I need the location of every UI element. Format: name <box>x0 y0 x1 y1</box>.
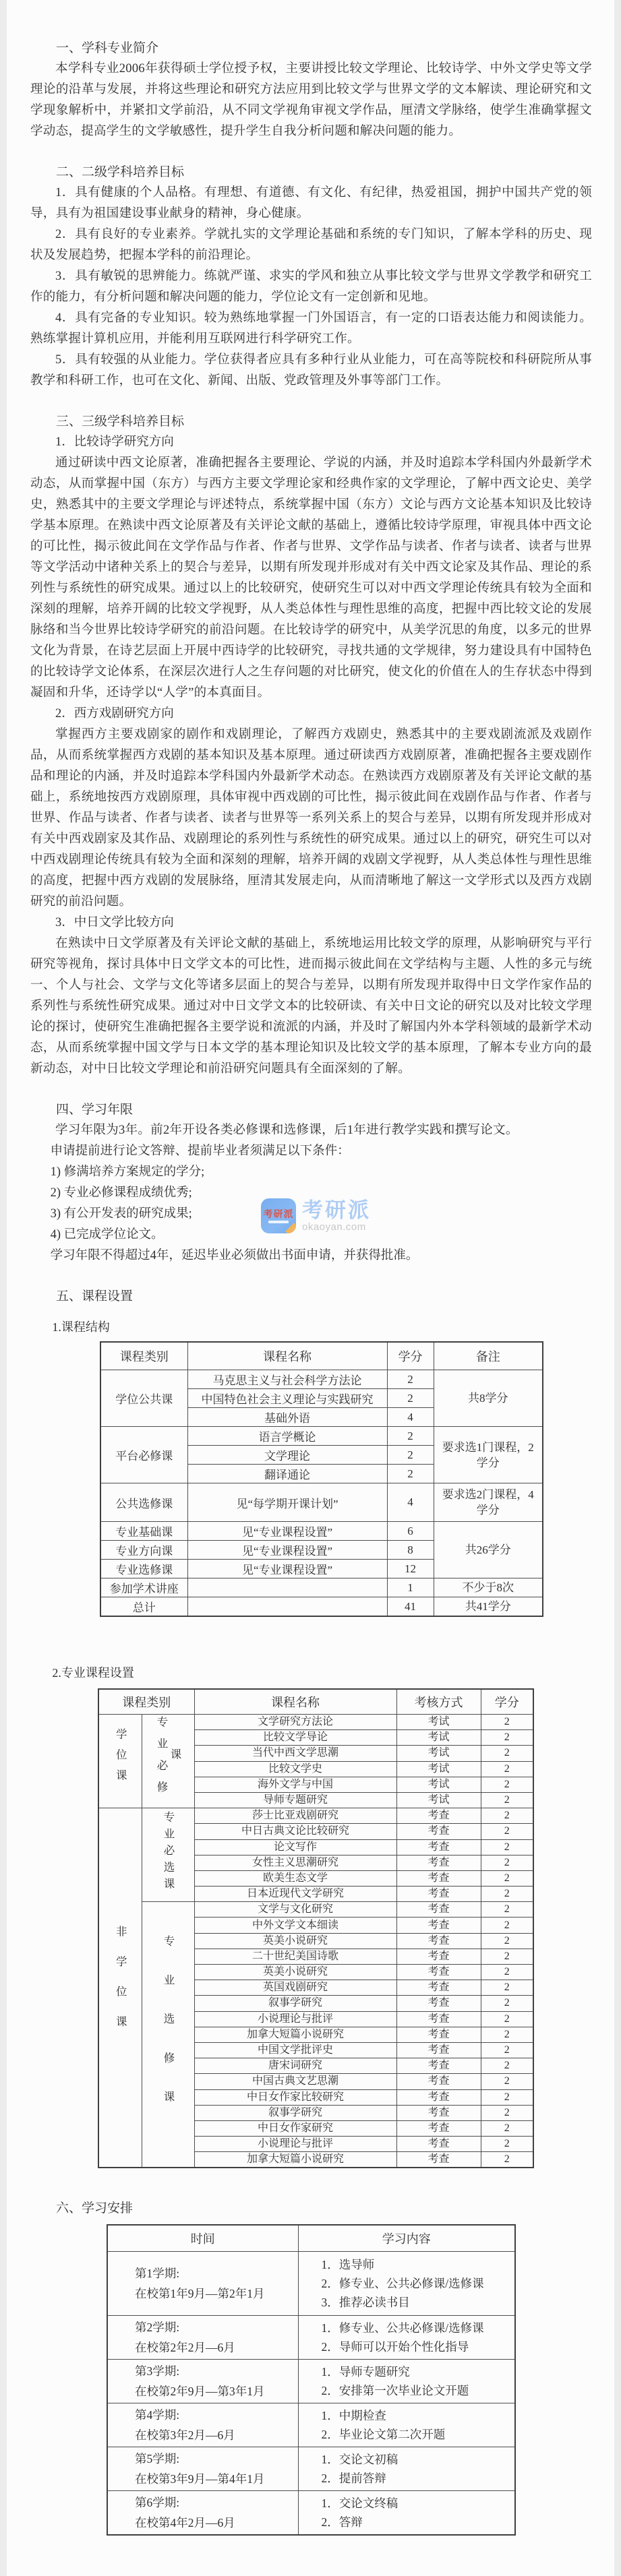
credit-cell: 2 <box>481 1980 533 1996</box>
credit-cell: 1 <box>387 1578 434 1597</box>
goal-item: 3．具有敏锐的思辨能力。练就严谨、求实的学风和独立从事比较文学与世界文学教学和研… <box>30 266 592 308</box>
credit-cell: 4 <box>387 1483 434 1522</box>
credit-cell: 2 <box>481 2137 533 2152</box>
document-page: 一、学科专业简介 本学科专业2006年获得硕士学位授予权，主要讲授比较文学理论、… <box>0 0 621 2576</box>
section-heading-3: 三、三级学科培养目标 <box>30 411 592 432</box>
table-row: 第1学期:在校第1年9月—第2年1月 1．选导师2．修专业、公共必修课/选修课3… <box>107 2252 515 2316</box>
table-row: 第4学期:在校第3年2月—6月 1．中期检查2．毕业论文第二次开题 <box>107 2403 515 2447</box>
exam-cell: 考查 <box>396 2074 481 2089</box>
exam-cell: 考查 <box>396 1902 481 1918</box>
course-name-cell: 当代中西文学思潮 <box>194 1746 396 1761</box>
credit-cell: 2 <box>481 2089 533 2105</box>
credit-cell: 2 <box>481 2105 533 2120</box>
exam-cell: 考查 <box>396 2137 481 2152</box>
credit-cell: 2 <box>481 2058 533 2074</box>
semester-cell: 第3学期:在校第2年9月—第3年1月 <box>107 2360 298 2403</box>
exam-cell: 考试 <box>396 1777 481 1792</box>
section-heading-4: 四、学习年限 <box>30 1099 592 1120</box>
category-cell: 参加学术讲座 <box>100 1578 187 1597</box>
study-schedule-table: 时间 学习内容 第1学期:在校第1年9月—第2年1月 1．选导师2．修专业、公共… <box>107 2224 516 2536</box>
table-row: 第3学期:在校第2年9月—第3年1月 1．导师专题研究2．安排第一次毕业论文开题 <box>107 2360 515 2403</box>
exam-cell: 考查 <box>396 2042 481 2058</box>
credit-cell: 2 <box>481 2027 533 2042</box>
watermark-domain: okaoyan.com <box>302 1221 371 1233</box>
credit-cell: 2 <box>481 2074 533 2089</box>
exam-cell: 考查 <box>396 2011 481 2027</box>
goal-item: 5．具有较强的从业能力。学位获得者应具有多种行业从业能力，可在高等院校和科研院所… <box>30 350 592 392</box>
category-cell: 专业选修课 <box>100 1560 187 1578</box>
direction-title: 3．中日文学比较方向 <box>30 913 592 933</box>
exam-cell: 考查 <box>396 2120 481 2136</box>
column-header: 备注 <box>434 1342 543 1370</box>
course-name-cell: 加拿大短篇小说研究 <box>194 2027 396 2042</box>
watermark-text-block: 考研派 okaoyan.com <box>302 1199 371 1233</box>
study-content-cell: 1．修专业、公共必修课/选修课2．导师可以开始个性化指导 <box>298 2316 515 2360</box>
credit-cell: 2 <box>481 1746 533 1761</box>
course-name-cell: 见“专业课程设置” <box>187 1541 387 1560</box>
course-name-cell: 见“专业课程设置” <box>187 1522 387 1541</box>
credit-cell: 2 <box>481 1902 533 1918</box>
course-name-cell: 比较文学史 <box>194 1761 396 1777</box>
study-content-cell: 1．选导师2．修专业、公共必修课/选修课3．推荐必读书目 <box>298 2252 515 2316</box>
exam-cell: 考查 <box>396 1870 481 1886</box>
exam-cell: 考查 <box>396 1933 481 1949</box>
course-name-cell <box>187 1597 387 1617</box>
exam-cell: 考查 <box>396 2105 481 2120</box>
exam-cell: 考查 <box>396 1949 481 1964</box>
credit-cell: 2 <box>481 1808 533 1824</box>
table-row: 学位课 专业必修课 文学研究方法论 考试 2 <box>98 1715 533 1730</box>
column-header: 考核方式 <box>396 1689 481 1715</box>
credit-cell: 2 <box>481 2011 533 2027</box>
table-header-row: 时间 学习内容 <box>107 2225 515 2252</box>
exam-cell: 考查 <box>396 1996 481 2011</box>
category-cell: 非学位课 <box>98 1808 142 2168</box>
course-structure-table: 课程类别 课程名称 学分 备注 学位公共课 马克思主义与社会科学方法论 2 共8… <box>100 1341 543 1617</box>
credit-cell: 2 <box>387 1389 434 1408</box>
course-name-cell: 导师专题研究 <box>194 1792 396 1808</box>
course-name-cell: 二十世纪美国诗歌 <box>194 1949 396 1964</box>
course-name-cell: 翻译通论 <box>187 1465 387 1483</box>
table-row: 第5学期:在校第3年9月—第4年1月 1．交论文初稿2．提前答辩 <box>107 2447 515 2491</box>
max-duration-paragraph: 学习年限不得超过4年，延迟毕业必须做出书面申请，并获得批准。 <box>30 1246 592 1266</box>
goal-item: 2．具有良好的专业素养。学就扎实的文学理论基础和系统的专门知识，了解本学科的历史… <box>30 224 592 266</box>
note-cell: 共41学分 <box>434 1597 543 1617</box>
direction-title: 2．西方戏剧研究方向 <box>30 704 592 725</box>
credit-cell: 2 <box>481 1715 533 1730</box>
course-name-cell: 比较文学导论 <box>194 1730 396 1746</box>
column-header: 学分 <box>481 1689 533 1715</box>
course-name-cell: 日本近现代文学研究 <box>194 1887 396 1902</box>
table1-label: 1.课程结构 <box>30 1317 592 1337</box>
goal-item: 1．具有健康的个人品格。有理想、有道德、有文化、有纪律，热爱祖国，拥护中国共产党… <box>30 183 592 224</box>
credit-cell: 2 <box>481 1761 533 1777</box>
degree-course-label: 学位课 <box>113 1728 127 1790</box>
table-row: 学位公共课 马克思主义与社会科学方法论 2 共8学分 <box>100 1370 543 1389</box>
exam-cell: 考查 <box>396 1808 481 1824</box>
course-name-cell: 文学研究方法论 <box>194 1715 396 1730</box>
course-name-cell: 小说理论与批评 <box>194 2137 396 2152</box>
study-content-cell: 1．交论文初稿2．提前答辩 <box>298 2447 515 2491</box>
exam-cell: 考查 <box>396 1965 481 1980</box>
course-name-cell: 见“每学期开课计划” <box>187 1483 387 1522</box>
semester-cell: 第2学期:在校第2年2月—6月 <box>107 2316 298 2360</box>
note-cell: 要求选1门课程，2学分 <box>434 1427 543 1483</box>
credit-cell: 2 <box>481 1887 533 1902</box>
section1-paragraph: 本学科专业2006年获得硕士学位授予权，主要讲授比较文学理论、比较诗学、中外文学… <box>30 59 592 142</box>
course-name-cell: 中日古典文论比较研究 <box>194 1824 396 1839</box>
credit-cell: 2 <box>481 1949 533 1964</box>
goal-item: 4．具有完备的专业知识。较为熟练地掌握一门外国语言，有一定的口语表达能力和阅读能… <box>30 308 592 350</box>
course-name-cell: 叙事学研究 <box>194 1996 396 2011</box>
column-header: 课程类别 <box>98 1689 194 1715</box>
credit-cell: 2 <box>387 1465 434 1483</box>
credit-cell: 2 <box>481 1730 533 1746</box>
credit-cell: 4 <box>387 1408 434 1427</box>
credit-cell: 8 <box>387 1541 434 1560</box>
watermark-brand: 考研派 <box>302 1199 371 1221</box>
table-row: 参加学术讲座 1 不少于8次 <box>100 1578 543 1597</box>
category-cell: 专业方向课 <box>100 1541 187 1560</box>
exam-cell: 考查 <box>396 1824 481 1839</box>
credit-cell: 2 <box>481 1870 533 1886</box>
category-cell: 学位课 <box>98 1715 142 1808</box>
direction-paragraph: 在熟读中日文学原著及有关评论文献的基础上，系统地运用比较文学的原理，从影响研究与… <box>30 933 592 1080</box>
credit-cell: 6 <box>387 1522 434 1541</box>
direction-paragraph: 掌握西方主要戏剧家的剧作和戏剧理论，了解西方戏剧史，熟悉其中的主要戏剧流派及戏剧… <box>30 725 592 913</box>
note-cell: 不少于8次 <box>434 1578 543 1597</box>
course-name-cell: 叙事学研究 <box>194 2105 396 2120</box>
exam-cell: 考查 <box>396 2089 481 2105</box>
table-row: 专业选修课 文学与文化研究 考查 2 <box>98 1902 533 1918</box>
credit-cell: 2 <box>481 2120 533 2136</box>
category-cell: 总计 <box>100 1597 187 1617</box>
direction-paragraph: 通过研读中西文论原著，准确把握各主要理论、学说的内涵，并及时追踪本学科国内外最新… <box>30 453 592 704</box>
major-courses-table: 课程类别 课程名称 考核方式 学分 学位课 专业必修课 文学研究方法论 考试 2… <box>98 1688 534 2168</box>
section-heading-2: 二、二级学科培养目标 <box>30 162 592 183</box>
course-name-cell: 英美小说研究 <box>194 1933 396 1949</box>
note-cell: 共26学分 <box>434 1522 543 1578</box>
exam-cell: 考试 <box>396 1715 481 1730</box>
study-content-cell: 1．导师专题研究2．安排第一次毕业论文开题 <box>298 2360 515 2403</box>
table-row: 平台必修课 语言学概论 2 要求选1门课程，2学分 <box>100 1427 543 1446</box>
elective-course-label: 专业选修课 <box>161 1935 175 2130</box>
exam-cell: 考查 <box>396 1855 481 1870</box>
column-header: 课程名称 <box>187 1342 387 1370</box>
table2-label: 2.专业课程设置 <box>30 1663 592 1683</box>
course-name-cell: 英美小说研究 <box>194 1965 396 1980</box>
course-name-cell: 马克思主义与社会科学方法论 <box>187 1370 387 1389</box>
study-content-cell: 1．交论文终稿2．答辩 <box>298 2491 515 2536</box>
semester-cell: 第5学期:在校第3年9月—第4年1月 <box>107 2447 298 2491</box>
credit-cell: 2 <box>481 1792 533 1808</box>
course-name-cell: 唐宋词研究 <box>194 2058 396 2074</box>
exam-cell: 考查 <box>396 1980 481 1996</box>
credit-cell: 2 <box>387 1446 434 1465</box>
credit-cell: 2 <box>481 1933 533 1949</box>
column-header: 课程类别 <box>100 1342 187 1370</box>
exam-cell: 考试 <box>396 1792 481 1808</box>
subcategory-cell: 专业选修课 <box>142 1902 194 2168</box>
course-name-cell: 基础外语 <box>187 1408 387 1427</box>
exam-cell: 考试 <box>396 1730 481 1746</box>
course-name-cell: 见“专业课程设置” <box>187 1560 387 1578</box>
direction-title: 1．比较诗学研究方向 <box>30 432 592 453</box>
category-cell: 学位公共课 <box>100 1370 187 1427</box>
course-name-cell: 中国文学批评史 <box>194 2042 396 2058</box>
credit-cell: 2 <box>481 1855 533 1870</box>
course-name-cell: 中国特色社会主义理论与实践研究 <box>187 1389 387 1408</box>
watermark: 考研派 考研派 okaoyan.com <box>261 1198 371 1233</box>
exam-cell: 考查 <box>396 2152 481 2168</box>
credit-cell: 41 <box>387 1597 434 1617</box>
category-cell: 公共选修课 <box>100 1483 187 1522</box>
exam-cell: 考试 <box>396 1746 481 1761</box>
section-heading-6: 六、学习安排 <box>30 2198 592 2219</box>
note-cell: 要求选2门课程，4学分 <box>434 1483 543 1522</box>
exam-cell: 考试 <box>396 1761 481 1777</box>
section-4-block: 四、学习年限 学习年限为3年。前2年开设各类必修课和选修课，后1年进行教学实践和… <box>30 1099 592 1266</box>
subcategory-cell: 专业必选课 <box>142 1808 194 1902</box>
exam-cell: 考查 <box>396 2027 481 2042</box>
conditions-intro: 申请提前进行论文答辩、提前毕业者须满足以下条件： <box>30 1141 592 1162</box>
table-row: 第2学期:在校第2年2月—6月 1．修专业、公共必修课/选修课2．导师可以开始个… <box>107 2316 515 2360</box>
duration-paragraph: 学习年限为3年。前2年开设各类必修课和选修课，后1年进行教学实践和撰写论文。 <box>30 1120 592 1141</box>
course-name-cell: 中国古典文艺思潮 <box>194 2074 396 2089</box>
semester-cell: 第4学期:在校第3年2月—6月 <box>107 2403 298 2447</box>
table-row: 公共选修课 见“每学期开课计划” 4 要求选2门课程，4学分 <box>100 1483 543 1522</box>
credit-cell: 2 <box>481 2042 533 2058</box>
course-name-cell: 文学理论 <box>187 1446 387 1465</box>
column-header: 学分 <box>387 1342 434 1370</box>
credit-cell: 2 <box>481 1996 533 2011</box>
subcategory-cell: 专业必修课 <box>142 1715 194 1808</box>
exam-cell: 考查 <box>396 1918 481 1933</box>
credit-cell: 2 <box>387 1427 434 1446</box>
non-degree-course-label: 非学位课 <box>113 1926 127 2046</box>
category-cell: 专业基础课 <box>100 1522 187 1541</box>
credit-cell: 2 <box>481 2152 533 2168</box>
condition-item: 1) 修满培养方案规定的学分; <box>30 1162 592 1183</box>
credit-cell: 2 <box>481 1918 533 1933</box>
course-name-cell: 语言学概论 <box>187 1427 387 1446</box>
course-name-cell: 莎士比亚戏剧研究 <box>194 1808 396 1824</box>
table-row: 非学位课 专业必选课 莎士比亚戏剧研究 考查 2 <box>98 1808 533 1824</box>
course-name-cell: 中日女作家研究 <box>194 2120 396 2136</box>
semester-cell: 第1学期:在校第1年9月—第2年1月 <box>107 2252 298 2316</box>
credit-cell: 2 <box>387 1370 434 1389</box>
required-elective-label: 专业必选课 <box>161 1811 175 1895</box>
semester-cell: 第6学期:在校第4年2月—6月 <box>107 2491 298 2536</box>
watermark-icon-bar <box>268 1221 289 1223</box>
exam-cell: 考查 <box>396 2058 481 2074</box>
course-name-cell: 海外文学与中国 <box>194 1777 396 1792</box>
course-name-cell: 中日女作家比较研究 <box>194 2089 396 2105</box>
study-content-cell: 1．中期检查2．毕业论文第二次开题 <box>298 2403 515 2447</box>
credit-cell: 2 <box>481 1777 533 1792</box>
course-name-cell: 文学与文化研究 <box>194 1902 396 1918</box>
watermark-icon-corner <box>285 1223 296 1233</box>
required-course-label: 专业必修课 <box>154 1715 181 1806</box>
course-name-cell: 中外文学文本细读 <box>194 1918 396 1933</box>
exam-cell: 考查 <box>396 1887 481 1902</box>
table-row: 专业基础课 见“专业课程设置” 6 共26学分 <box>100 1522 543 1541</box>
course-name-cell: 英国戏剧研究 <box>194 1980 396 1996</box>
credit-cell: 2 <box>481 1839 533 1855</box>
section-heading-5: 五、课程设置 <box>30 1286 592 1307</box>
column-header: 课程名称 <box>194 1689 396 1715</box>
course-name-cell: 小说理论与批评 <box>194 2011 396 2027</box>
table-header-row: 课程类别 课程名称 考核方式 学分 <box>98 1689 533 1715</box>
credit-cell: 2 <box>481 1965 533 1980</box>
watermark-icon-label: 考研派 <box>264 1208 294 1219</box>
table-row: 第6学期:在校第4年2月—6月 1．交论文终稿2．答辩 <box>107 2491 515 2536</box>
note-cell: 共8学分 <box>434 1370 543 1427</box>
watermark-logo-icon: 考研派 <box>261 1198 296 1233</box>
exam-cell: 考查 <box>396 1839 481 1855</box>
course-name-cell: 女性主义思潮研究 <box>194 1855 396 1870</box>
table-header-row: 课程类别 课程名称 学分 备注 <box>100 1342 543 1370</box>
column-header: 学习内容 <box>298 2225 515 2252</box>
course-name-cell: 加拿大短篇小说研究 <box>194 2152 396 2168</box>
course-name-cell: 论文写作 <box>194 1839 396 1855</box>
section-heading-1: 一、学科专业简介 <box>30 38 592 59</box>
column-header: 时间 <box>107 2225 298 2252</box>
credit-cell: 12 <box>387 1560 434 1578</box>
course-name-cell: 欧美生态文学 <box>194 1870 396 1886</box>
table-row: 总计 41 共41学分 <box>100 1597 543 1617</box>
course-name-cell <box>187 1578 387 1597</box>
credit-cell: 2 <box>481 1824 533 1839</box>
category-cell: 平台必修课 <box>100 1427 187 1483</box>
